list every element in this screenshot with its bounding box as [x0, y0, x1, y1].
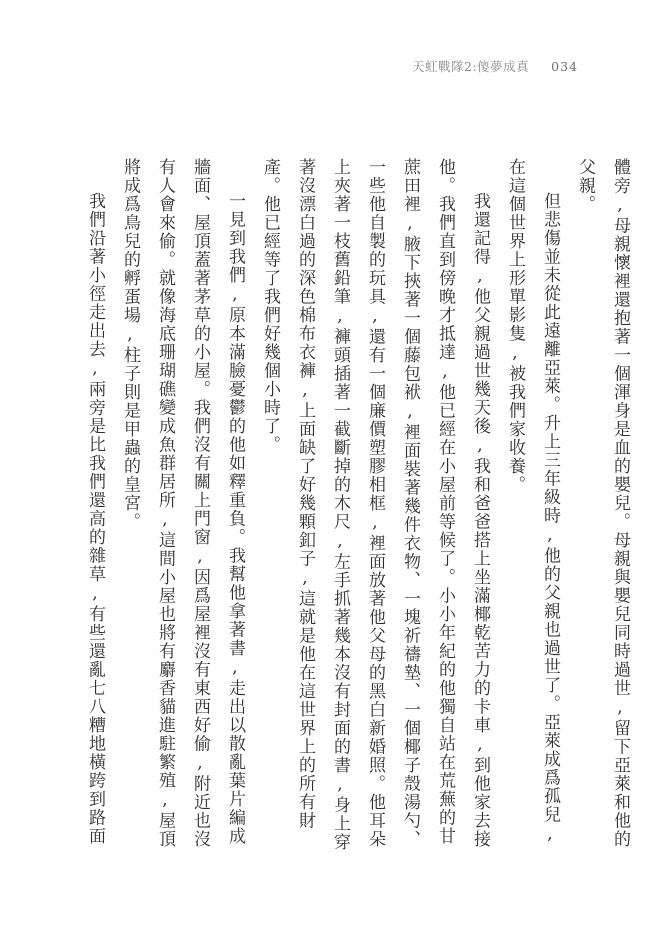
- paragraph-3: 我還記得,他父親過世幾天後,我和爸爸搭上坐滿椰乾苦力的卡車,到他家去接他。我們直…: [252, 158, 497, 862]
- page-number: 034: [551, 59, 578, 74]
- paragraph-4: 一見到我們,原本滿臉憂鬱的他如釋重負。我幫他拿著書,走出以散亂葉片編成牆面、屋頂…: [112, 158, 252, 862]
- body-text-block: 體旁,母親懷裡還抱著一個渾身是血的嬰兒。母親與嬰兒同時過世,留下亞萊和他的父親。…: [77, 158, 637, 862]
- paragraph-continuation: 體旁,母親懷裡還抱著一個渾身是血的嬰兒。母親與嬰兒同時過世,留下亞萊和他的父親。: [567, 158, 637, 862]
- paragraph-5: 我們沿著小徑走出去,兩旁是比我們還高的雜草,有些還亂七八糟地橫跨到路面: [77, 158, 112, 862]
- running-head-book-title: 天虹戰隊2:傻夢成真: [412, 59, 529, 74]
- paragraph-2: 但悲傷並未從此遠離亞萊。升上三年級時,他的父親也過世了。亞萊成爲孤兒,在這個世界…: [497, 158, 567, 862]
- running-head: 天虹戰隊2:傻夢成真034: [412, 57, 578, 75]
- book-page: 天虹戰隊2:傻夢成真034 體旁,母親懷裡還抱著一個渾身是血的嬰兒。母親與嬰兒同…: [0, 0, 663, 932]
